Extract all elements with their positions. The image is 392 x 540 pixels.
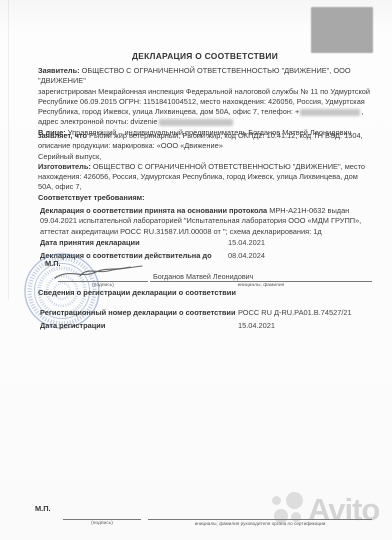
applicant-label: Заявитель: [38,66,80,75]
adoption-date-row: Дата принятия декларации 15.04.2021 [40,238,372,249]
avito-logo-circle [272,496,281,505]
signature-line [58,281,148,282]
footer-signature-caption: (подпись) [63,521,141,526]
adoption-date-value: 15.04.2021 [228,238,265,247]
declares-text: Рыбий жир ветеринарный, Рыбий жир, код О… [38,131,363,150]
mp-footer-label: М.П. [35,504,51,513]
footer-head-caption: инициалы, фамилия руководителя органа по… [148,521,372,526]
footer-signature-line [63,519,141,520]
declaration-document-scan: ДЕКЛАРАЦИЯ О СООТВЕТСТВИИ Заявитель: ОБЩ… [0,0,392,540]
registration-date-value: 15.04.2021 [238,321,275,330]
registration-number-label: Регистрационный номер декларации о соотв… [40,308,235,317]
manufacturer-label: Изготовитель: [38,162,91,171]
redaction-box [311,7,373,53]
avito-watermark: Avito [270,490,392,536]
registration-number-row: Регистрационный номер декларации о соотв… [40,308,372,319]
declares-label: заявляет, что [38,131,87,140]
registration-heading: Сведения о регистрации декларации о соот… [38,288,236,297]
footer-head-line [148,519,372,520]
valid-until-value: 08.04.2024 [228,251,265,260]
declares-paragraph: заявляет, что Рыбий жир ветеринарный, Ры… [38,131,372,203]
applicant-paragraph: Заявитель: ОБЩЕСТВО С ОГРАНИЧЕННОЙ ОТВЕТ… [38,66,372,138]
registration-date-row: Дата регистрации 15.04.2021 [40,321,372,332]
registration-date-label: Дата регистрации [40,321,105,330]
adoption-date-label: Дата принятия декларации [40,238,140,247]
phone-redaction [300,109,360,116]
name-line [150,281,372,282]
email-redaction [159,119,233,126]
avito-logo-circle [286,492,303,509]
basis-paragraph: Декларация о соответствии принята на осн… [40,206,370,237]
applicant-name: ОБЩЕСТВО С ОГРАНИЧЕННОЙ ОТВЕТСТВЕННОСТЬЮ… [38,66,351,85]
page-title: ДЕКЛАРАЦИЯ О СООТВЕТСТВИИ [38,51,372,61]
serial-text: Серийный выпуск, [38,152,101,161]
signatory-name: Богданов Матвей Леонидович [153,272,253,281]
basis-label: Декларация о соответствии принята на осн… [40,206,267,215]
complies-label: Соответствует требованиям: [38,193,145,202]
registration-number-value: РОСС RU Д-RU.РА01.В.74527/21 [238,308,352,317]
